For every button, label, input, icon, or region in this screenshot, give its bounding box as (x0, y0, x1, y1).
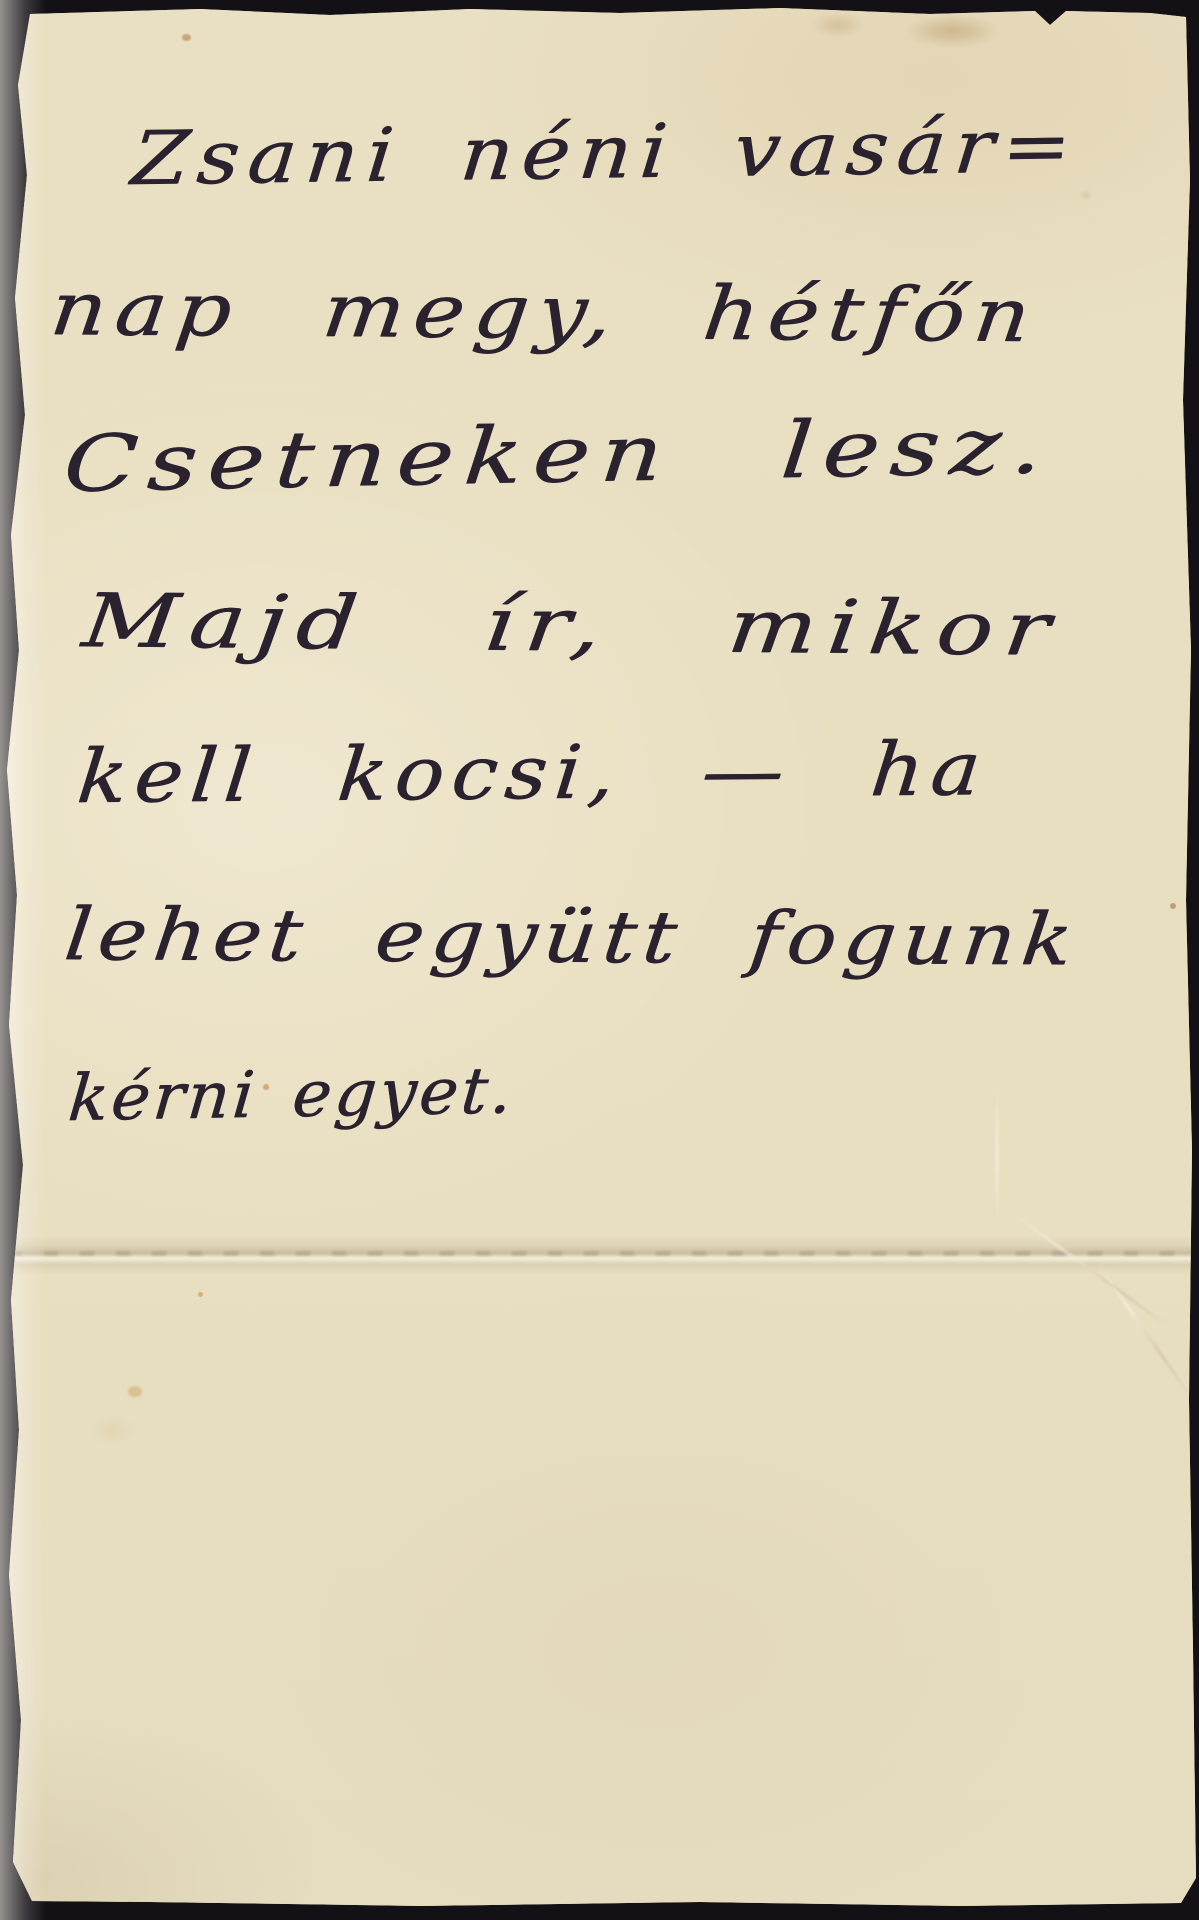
stain (90, 1415, 136, 1445)
stain (128, 1386, 142, 1397)
stain (905, 14, 1000, 48)
handwriting-line-2: nap megy, hétfőn (46, 266, 1043, 359)
wrinkle (995, 1080, 999, 1230)
handwriting-line-7: kérni egyet. (66, 1054, 518, 1136)
wrinkle (1095, 1261, 1195, 1402)
stain (182, 34, 191, 41)
stain (1170, 903, 1176, 909)
handwriting-line-3: Csetneken lesz. (60, 401, 1057, 510)
handwriting-line-4: Majd ír, mikor (78, 578, 1065, 673)
stain (810, 12, 865, 38)
handwriting-line-6: lehet együtt fogunk (61, 892, 1084, 981)
stain (1080, 190, 1092, 200)
letter-paper: Zsani néni vasár= nap megy, hétfőn Csetn… (0, 0, 1199, 1920)
photo-background: Zsani néni vasár= nap megy, hétfőn Csetn… (0, 0, 1199, 1920)
fold-crease (8, 1236, 1194, 1274)
handwriting-line-1: Zsani néni vasár= (128, 103, 1083, 202)
handwriting-line-5: kell kocsi, — ha (74, 726, 992, 820)
stain (198, 1292, 203, 1297)
